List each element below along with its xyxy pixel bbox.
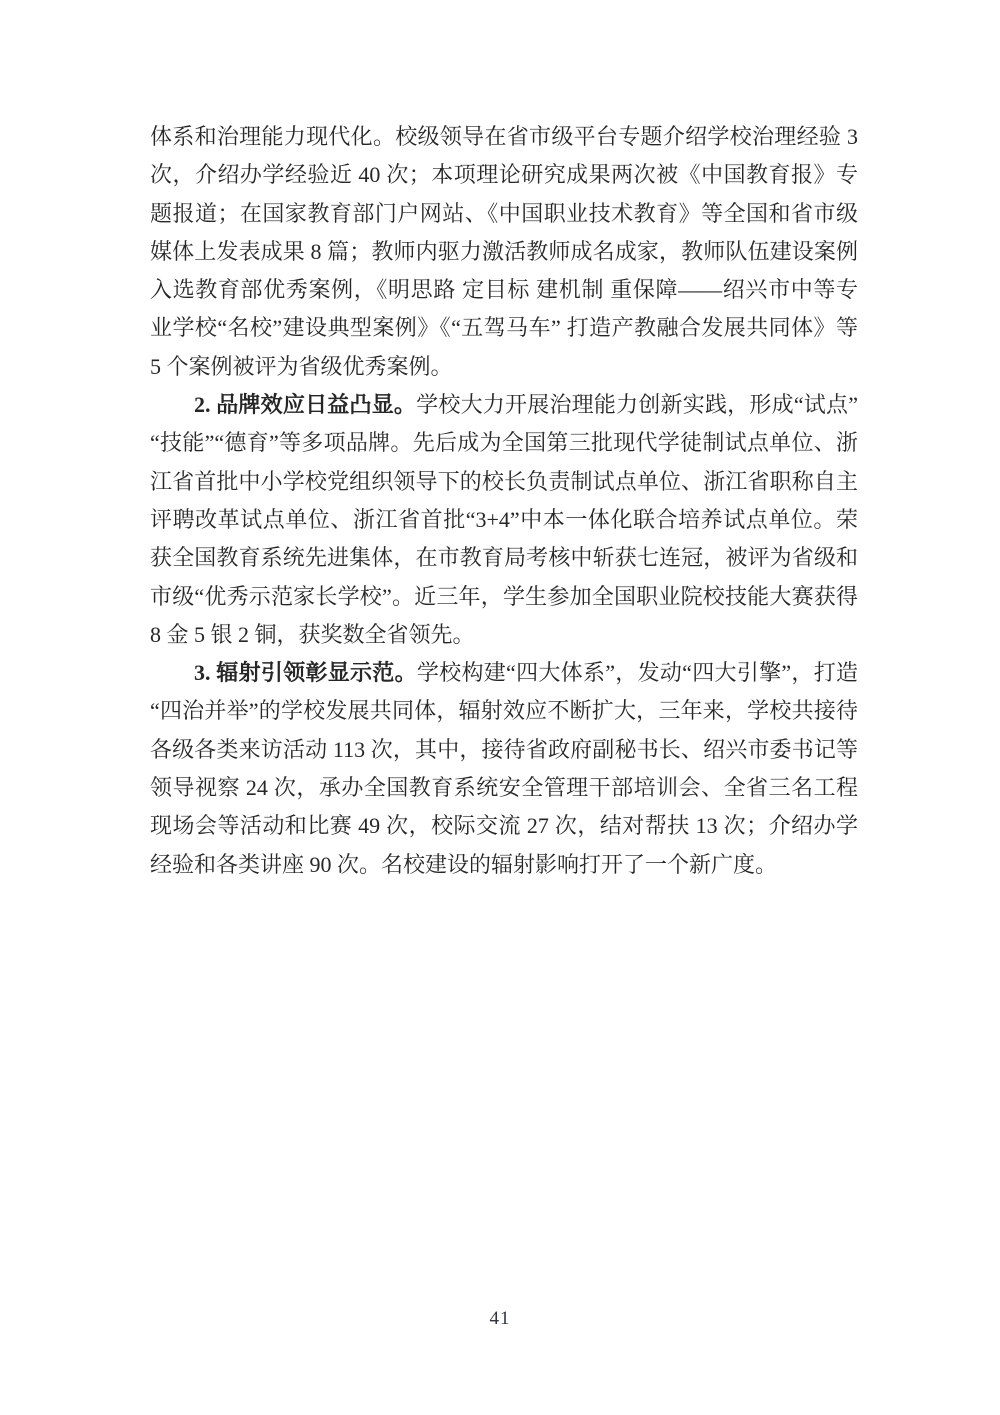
page-number: 41 — [490, 1308, 511, 1329]
paragraph-heading-run: 2. 品牌效应日益凸显。 — [194, 392, 416, 417]
paragraph-text: 体系和治理能力现代化。校级领导在省市级平台专题介绍学校治理经验 3 次，介绍办学… — [150, 124, 858, 379]
paragraph-brand-effect: 2. 品牌效应日益凸显。学校大力开展治理能力创新实践，形成“试点”“技能”“德育… — [150, 386, 858, 654]
page-body-text: 体系和治理能力现代化。校级领导在省市级平台专题介绍学校治理经验 3 次，介绍办学… — [150, 118, 858, 884]
paragraph-heading-run: 3. 辐射引领彰显示范。 — [194, 660, 417, 685]
paragraph-text: 学校构建“四大体系”，发动“四大引擎”，打造“四治并举”的学校发展共同体，辐射效… — [150, 660, 858, 876]
paragraph-text: 学校大力开展治理能力创新实践，形成“试点”“技能”“德育”等多项品牌。先后成为全… — [150, 392, 858, 647]
paragraph-continuation: 体系和治理能力现代化。校级领导在省市级平台专题介绍学校治理经验 3 次，介绍办学… — [150, 118, 858, 386]
paragraph-radiation-leadership: 3. 辐射引领彰显示范。学校构建“四大体系”，发动“四大引擎”，打造“四治并举”… — [150, 654, 858, 884]
page-footer: 41 — [0, 1308, 1000, 1330]
document-page: 体系和治理能力现代化。校级领导在省市级平台专题介绍学校治理经验 3 次，介绍办学… — [0, 0, 1000, 1415]
